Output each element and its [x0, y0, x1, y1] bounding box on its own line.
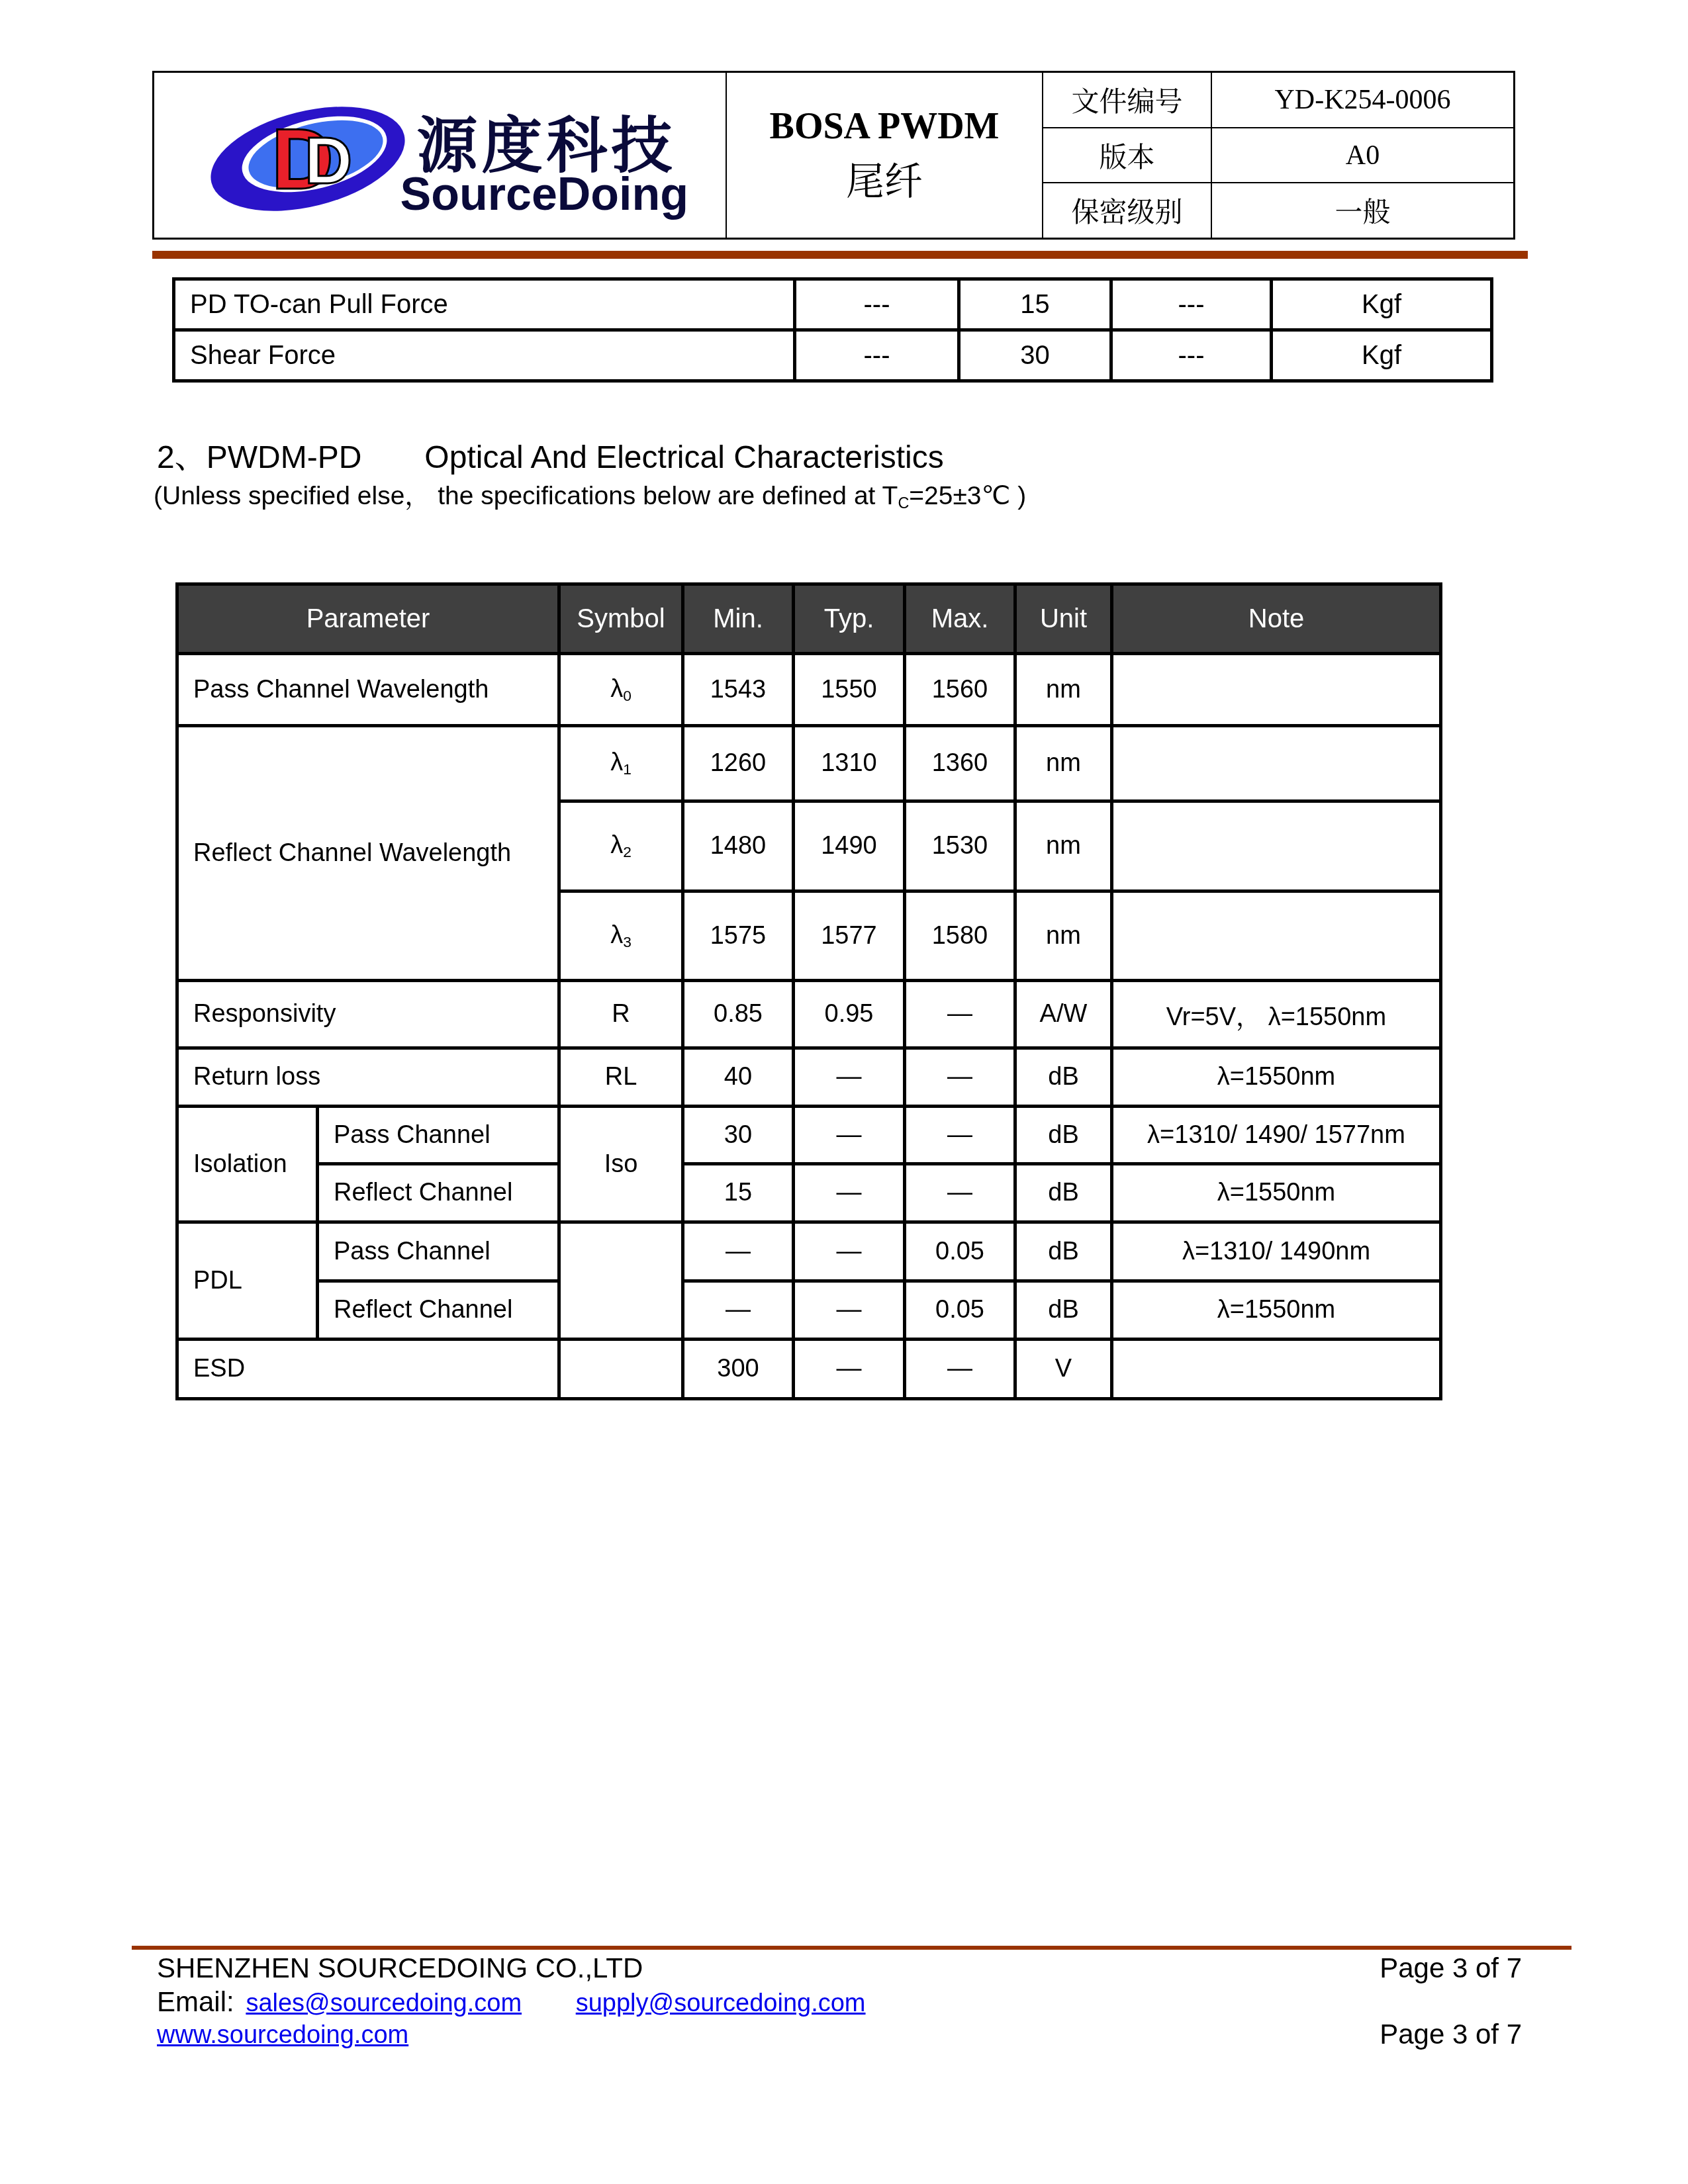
email-link-sales[interactable]: sales@sourcedoing.com: [246, 1989, 522, 2017]
section-heading: 2、PWDM-PDOptical And Electrical Characte…: [157, 432, 944, 477]
unit-cell: nm: [1015, 891, 1112, 981]
parameter-cell: Responsivity: [177, 981, 559, 1048]
min-cell: 40: [683, 1048, 794, 1107]
table-row: Shear Force --- 30 --- Kgf: [174, 330, 1492, 381]
note-cell: [1112, 1340, 1441, 1399]
unit-cell: dB: [1015, 1164, 1112, 1222]
logo-english-name: SourceDoing: [400, 167, 689, 220]
note-cell: λ=1550nm: [1112, 1048, 1441, 1107]
note-cell: [1112, 654, 1441, 726]
symbol-cell: [559, 1222, 683, 1340]
svg-text:D: D: [305, 124, 352, 198]
document-title: BOSA PWDM 尾纤: [727, 73, 1043, 238]
title-english: BOSA PWDM: [770, 105, 1000, 148]
table-row: Responsivity R 0.85 0.95 — A/W Vr=5V， λ=…: [177, 981, 1441, 1048]
note-cell: λ=1550nm: [1112, 1281, 1441, 1340]
header-symbol: Symbol: [559, 584, 683, 654]
table-row: Reflect Channel — — 0.05 dB λ=1550nm: [177, 1281, 1441, 1340]
email-link-supply[interactable]: supply@sourcedoing.com: [576, 1989, 866, 2017]
max-cell: 1560: [905, 654, 1015, 726]
min-cell: 0.85: [683, 981, 794, 1048]
footer-page-number-2: Page 3 of 7: [1380, 2019, 1522, 2050]
section-title: Optical And Electrical Characteristics: [424, 440, 943, 475]
table-row: PD TO-can Pull Force --- 15 --- Kgf: [174, 279, 1492, 330]
table-row: PDL Pass Channel — — 0.05 dB λ=1310/ 149…: [177, 1222, 1441, 1281]
footer-email-line: Email: sales@sourcedoing.com supply@sour…: [157, 1986, 866, 2018]
symbol-cell: λ0: [559, 654, 683, 726]
symbol-cell: λ3: [559, 891, 683, 981]
max-cell: —: [905, 1164, 1015, 1222]
section-number: 2、PWDM-PD: [157, 440, 361, 475]
min-cell: ---: [795, 330, 959, 381]
symbol-cell: RL: [559, 1048, 683, 1107]
symbol-cell: λ2: [559, 801, 683, 891]
email-label: Email:: [157, 1986, 234, 2017]
typ-cell: 30: [959, 330, 1111, 381]
confidentiality-value: 一般: [1212, 183, 1513, 238]
min-cell: 15: [683, 1164, 794, 1222]
note-cell: λ=1310/ 1490/ 1577nm: [1112, 1107, 1441, 1164]
table-row: Isolation Pass Channel Iso 30 — — dB λ=1…: [177, 1107, 1441, 1164]
symbol-cell: R: [559, 981, 683, 1048]
typ-cell: —: [794, 1281, 905, 1340]
header-min: Min.: [683, 584, 794, 654]
unit-cell: nm: [1015, 801, 1112, 891]
max-cell: 0.05: [905, 1281, 1015, 1340]
footer-page-number: Page 3 of 7: [1380, 1952, 1522, 1984]
min-cell: 1260: [683, 726, 794, 801]
min-cell: 1575: [683, 891, 794, 981]
sub-parameter-cell: Pass Channel: [318, 1222, 559, 1281]
note-cell: λ=1310/ 1490nm: [1112, 1222, 1441, 1281]
unit-cell: Kgf: [1272, 279, 1492, 330]
doc-number-label: 文件编号: [1043, 73, 1211, 128]
note-cell: [1112, 801, 1441, 891]
table-row: Pass Channel Wavelength λ0 1543 1550 156…: [177, 654, 1441, 726]
unit-cell: dB: [1015, 1281, 1112, 1340]
symbol-cell: λ1: [559, 726, 683, 801]
parameter-cell: Shear Force: [174, 330, 795, 381]
max-cell: 1530: [905, 801, 1015, 891]
sub-parameter-cell: Reflect Channel: [318, 1281, 559, 1340]
max-cell: —: [905, 981, 1015, 1048]
version-value: A0: [1212, 128, 1513, 184]
characteristics-table: Parameter Symbol Min. Typ. Max. Unit Not…: [175, 582, 1442, 1400]
parameter-cell: Reflect Channel Wavelength: [177, 726, 559, 981]
header-parameter: Parameter: [177, 584, 559, 654]
typ-cell: —: [794, 1340, 905, 1399]
note-cell: [1112, 891, 1441, 981]
header-max: Max.: [905, 584, 1015, 654]
min-cell: —: [683, 1281, 794, 1340]
unit-cell: Kgf: [1272, 330, 1492, 381]
version-label: 版本: [1043, 128, 1211, 184]
min-cell: —: [683, 1222, 794, 1281]
max-cell: 0.05: [905, 1222, 1015, 1281]
max-cell: 1580: [905, 891, 1015, 981]
table-row: Return loss RL 40 — — dB λ=1550nm: [177, 1048, 1441, 1107]
typ-cell: 1490: [794, 801, 905, 891]
parameter-cell: Pass Channel Wavelength: [177, 654, 559, 726]
table-row: Reflect Channel Wavelength λ1 1260 1310 …: [177, 726, 1441, 801]
parameter-cell: PD TO-can Pull Force: [174, 279, 795, 330]
table-row: Reflect Channel 15 — — dB λ=1550nm: [177, 1164, 1441, 1222]
sub-parameter-cell: Pass Channel: [318, 1107, 559, 1164]
unit-cell: V: [1015, 1340, 1112, 1399]
header-rule: [152, 251, 1528, 259]
footer-company: SHENZHEN SOURCEDOING CO.,LTD: [157, 1952, 643, 1984]
section-condition-note: (Unless specified else， the specificatio…: [154, 475, 1026, 512]
min-cell: 1543: [683, 654, 794, 726]
min-cell: 300: [683, 1340, 794, 1399]
doc-number-value: YD-K254-0006: [1212, 73, 1513, 128]
note-cell: λ=1550nm: [1112, 1164, 1441, 1222]
header-typ: Typ.: [794, 584, 905, 654]
unit-cell: dB: [1015, 1222, 1112, 1281]
header-note: Note: [1112, 584, 1441, 654]
max-cell: ---: [1111, 279, 1272, 330]
note-cell: [1112, 726, 1441, 801]
typ-cell: 1577: [794, 891, 905, 981]
sub-parameter-cell: Reflect Channel: [318, 1164, 559, 1222]
title-chinese: 尾纤: [846, 150, 923, 206]
typ-cell: 1550: [794, 654, 905, 726]
max-cell: —: [905, 1340, 1015, 1399]
unit-cell: A/W: [1015, 981, 1112, 1048]
unit-cell: dB: [1015, 1107, 1112, 1164]
note-cell: Vr=5V， λ=1550nm: [1112, 981, 1441, 1048]
symbol-cell: [559, 1340, 683, 1399]
parameter-cell: PDL: [177, 1222, 318, 1340]
table-header-row: Parameter Symbol Min. Typ. Max. Unit Not…: [177, 584, 1441, 654]
website-link[interactable]: www.sourcedoing.com: [157, 2021, 408, 2050]
footer-rule: [132, 1946, 1571, 1950]
force-table: PD TO-can Pull Force --- 15 --- Kgf Shea…: [172, 277, 1493, 383]
unit-cell: nm: [1015, 654, 1112, 726]
table-row: ESD 300 — — V: [177, 1340, 1441, 1399]
logo-cell: D D 源度科技 SourceDoing: [154, 73, 727, 238]
min-cell: 1480: [683, 801, 794, 891]
unit-cell: nm: [1015, 726, 1112, 801]
max-cell: —: [905, 1107, 1015, 1164]
parameter-cell: Return loss: [177, 1048, 559, 1107]
typ-cell: —: [794, 1048, 905, 1107]
max-cell: ---: [1111, 330, 1272, 381]
header-unit: Unit: [1015, 584, 1112, 654]
typ-cell: 0.95: [794, 981, 905, 1048]
company-logo: D D 源度科技 SourceDoing: [175, 89, 705, 222]
logo-mark-icon: D D: [202, 103, 414, 215]
min-cell: 30: [683, 1107, 794, 1164]
unit-cell: dB: [1015, 1048, 1112, 1107]
typ-cell: 15: [959, 279, 1111, 330]
document-header: D D 源度科技 SourceDoing BOSA PWDM 尾纤 文件编号 版…: [152, 71, 1515, 240]
parameter-cell: ESD: [177, 1340, 559, 1399]
parameter-cell: Isolation: [177, 1107, 318, 1222]
meta-labels: 文件编号 版本 保密级别: [1043, 73, 1212, 238]
max-cell: —: [905, 1048, 1015, 1107]
typ-cell: 1310: [794, 726, 905, 801]
typ-cell: —: [794, 1164, 905, 1222]
typ-cell: —: [794, 1107, 905, 1164]
max-cell: 1360: [905, 726, 1015, 801]
meta-values: YD-K254-0006 A0 一般: [1212, 73, 1513, 238]
min-cell: ---: [795, 279, 959, 330]
typ-cell: —: [794, 1222, 905, 1281]
confidentiality-label: 保密级别: [1043, 183, 1211, 238]
symbol-cell: Iso: [559, 1107, 683, 1222]
